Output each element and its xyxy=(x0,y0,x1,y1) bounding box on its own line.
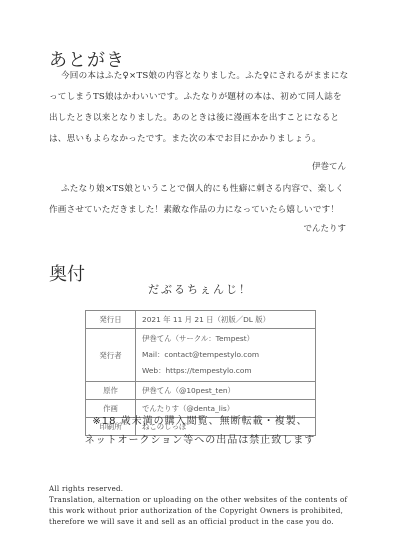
afterword-paragraph-2: ふたなり娘×TS娘ということで個人的にも性癖に刺さる内容で、楽しく作画させていた… xyxy=(49,179,349,221)
age-restriction-notice: ※18 歳未満の購入閲覧、無断転載・複製、 ネットオークション等への出品は禁止致… xyxy=(0,412,400,450)
table-row: 発行日 2021 年 11 月 21 日（初版／DL 版） xyxy=(86,311,316,329)
table-row: 原作 伊巻てん（@10pest_ten） xyxy=(86,382,316,400)
row-value: 伊巻てん（@10pest_ten） xyxy=(136,382,316,400)
row-value: 2021 年 11 月 21 日（初版／DL 版） xyxy=(136,311,316,329)
row-label: 発行日 xyxy=(86,311,136,329)
copyright-line-3: this work without prior authorization of… xyxy=(49,506,369,517)
copyright-notice: All rights reserved. Translation, altern… xyxy=(49,484,369,528)
copyright-line-1: All rights reserved. xyxy=(49,484,369,495)
row-value: 伊巻てん（サークル：Tempest） Mail：contact@tempesty… xyxy=(136,329,316,382)
table-row: 発行者 伊巻てん（サークル：Tempest） Mail：contact@temp… xyxy=(86,329,316,382)
copyright-line-2: Translation, alternation or uploading on… xyxy=(49,495,369,506)
copyright-line-4: therefore we will save it and sell as an… xyxy=(49,517,369,528)
row-label: 発行者 xyxy=(86,329,136,382)
book-title: だぶるちぇんじ！ xyxy=(0,281,400,297)
afterword-paragraph-1: 今回の本はふた♀×TS娘の内容となりました。ふた♀にされるがままになってしまうT… xyxy=(49,66,349,150)
publisher-name: 伊巻てん（サークル：Tempest） xyxy=(142,331,309,347)
afterword-signature-1: 伊巻てん xyxy=(312,160,346,172)
row-label: 原作 xyxy=(86,382,136,400)
notice-line-1: ※18 歳未満の購入閲覧、無断転載・複製、 xyxy=(0,412,400,431)
publisher-web: Web：https://tempestylo.com xyxy=(142,363,309,379)
publisher-mail: Mail：contact@tempestylo.com xyxy=(142,347,309,363)
afterword-signature-2: でんたりす xyxy=(303,222,346,234)
notice-line-2: ネットオークション等への出品は禁止致します xyxy=(0,431,400,450)
